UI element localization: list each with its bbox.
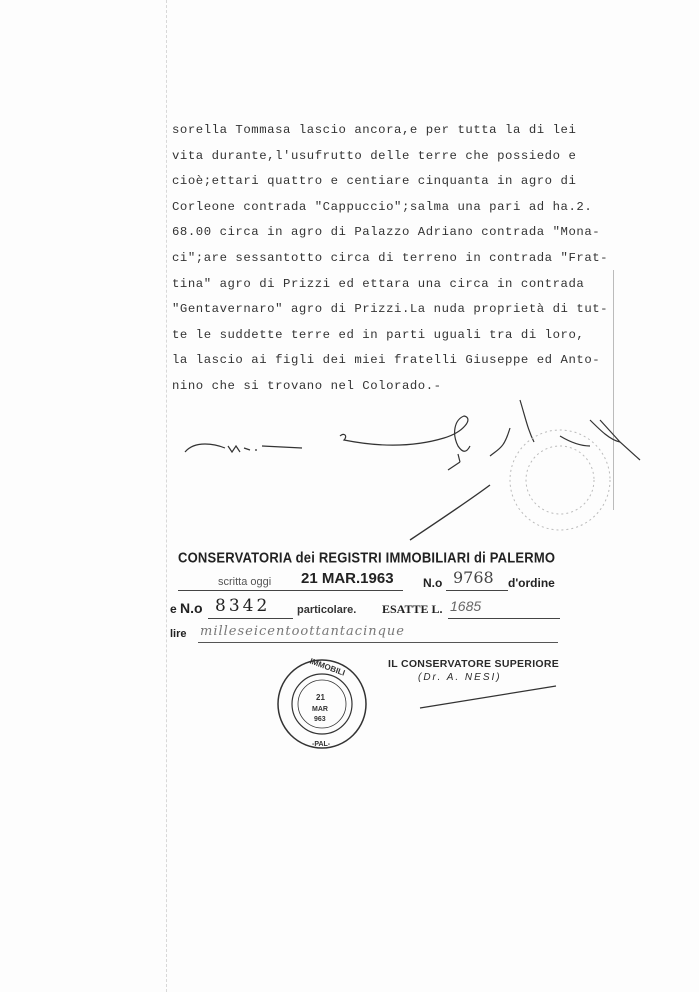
signatures-and-seals: IMMOBILI 21 MAR 963 -PAL- [0,0,699,992]
registration-stamp: CONSERVATORIA dei REGISTRI IMMOBILIARI d… [178,550,578,565]
partic-no-label: N.o [180,600,203,616]
registration-date: 21 MAR.1963 [301,570,394,587]
partic-label: particolare. [297,604,356,616]
stamp-title: CONSERVATORIA dei REGISTRI IMMOBILIARI d… [178,549,578,566]
esatte-label: ESATTE L. [382,602,442,617]
stamp-particolare-row: e N.o 8342 particolare. ESATTE L. 1685 [170,598,570,620]
stamp-lire-row: lire milleseicentoottantacinque [170,622,570,644]
document-page: sorella Tommasa lascio ancora,e per tutt… [0,0,699,992]
order-suffix: d'ordine [508,576,555,590]
e-label: e [170,602,177,616]
conservatore-title: IL CONSERVATORE SUPERIORE [388,658,559,670]
esatte-amount: 1685 [450,598,481,614]
scritta-label: scritta oggi [218,576,271,588]
lire-label: lire [170,628,187,640]
svg-text:21: 21 [316,693,325,702]
faint-round-stamp [510,430,610,530]
signature-left [185,400,640,540]
conservatore-name: (Dr. A. NESI) [418,672,559,683]
conservatore-block: IL CONSERVATORE SUPERIORE (Dr. A. NESI) [388,658,559,683]
order-number: 9768 [453,568,494,587]
svg-text:-PAL-: -PAL- [312,741,331,748]
svg-text:MAR: MAR [312,706,328,713]
svg-text:963: 963 [314,716,326,723]
stamp-date-row: scritta oggi 21 MAR.1963 N.o 9768 d'ordi… [178,570,578,592]
partic-number: 8342 [215,596,270,616]
conservatoria-seal: IMMOBILI 21 MAR 963 -PAL- [278,657,366,748]
order-label: N.o [423,576,442,590]
lire-words: milleseicentoottantacinque [200,624,405,639]
